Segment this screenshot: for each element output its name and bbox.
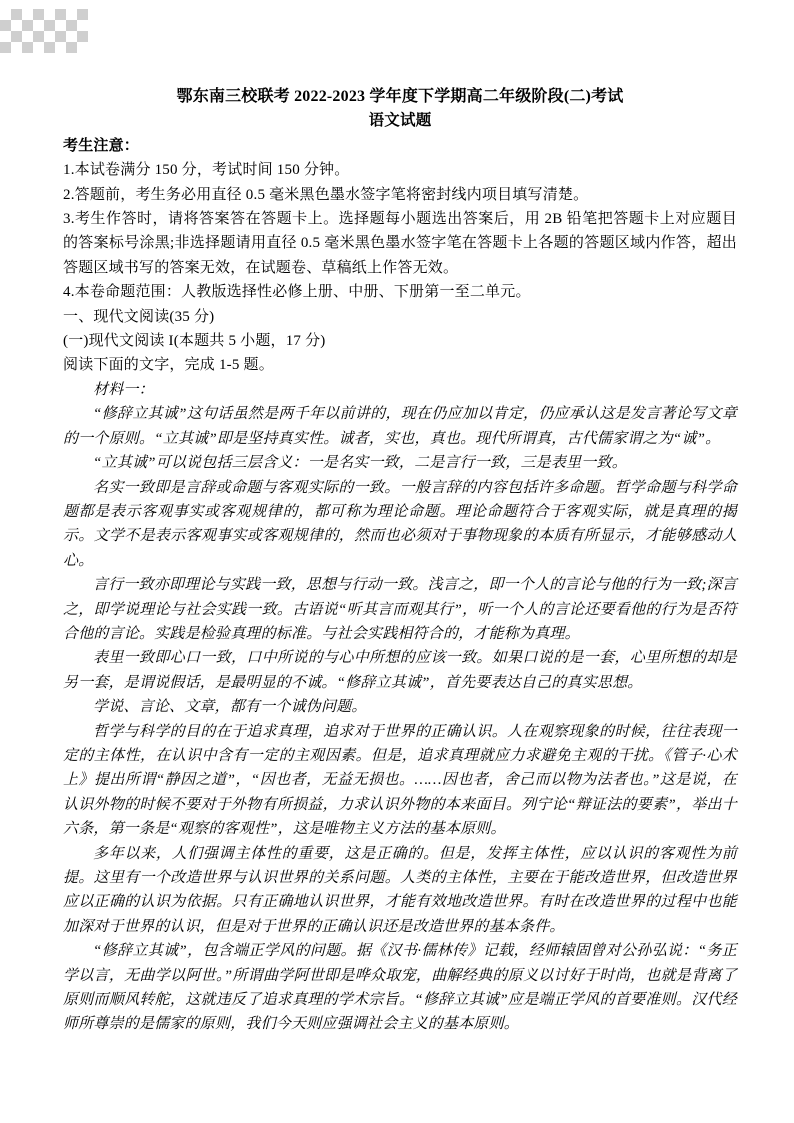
notice-heading: 考生注意：: [63, 134, 737, 158]
subsection-heading-reading-1: (一)现代文阅读 I(本题共 5 小题，17 分): [63, 329, 737, 353]
reading-instruction: 阅读下面的文字，完成 1-5 题。: [63, 353, 737, 377]
passage-paragraph-8: 多年以来，人们强调主体性的重要，这是正确的。但是，发挥主体性，应以认识的客观性为…: [63, 842, 737, 940]
passage-paragraph-7: 哲学与科学的目的在于追求真理，追求对于世界的正确认识。人在观察现象的时候，往往表…: [63, 720, 737, 842]
exam-paper-page: 鄂东南三校联考 2022-2023 学年度下学期高二年级阶段(二)考试 语文试题…: [0, 0, 794, 1123]
material-one-label: 材料一：: [63, 378, 737, 402]
exam-title: 鄂东南三校联考 2022-2023 学年度下学期高二年级阶段(二)考试: [63, 85, 737, 109]
passage-paragraph-5: 表里一致即心口一致，口中所说的与心中所想的应该一致。如果口说的是一套，心里所想的…: [63, 646, 737, 695]
notice-item-1: 1.本试卷满分 150 分，考试时间 150 分钟。: [63, 158, 737, 182]
exam-subject-title: 语文试题: [63, 109, 737, 133]
passage-paragraph-6: 学说、言论、文章，都有一个诚伪问题。: [63, 695, 737, 719]
passage-paragraph-1: “修辞立其诚”这句话虽然是两千年以前讲的，现在仍应加以肯定，仍应承认这是发言著论…: [63, 402, 737, 451]
notice-item-2: 2.答题前，考生务必用直径 0.5 毫米黑色墨水签字笔将密封线内项目填写清楚。: [63, 183, 737, 207]
passage-paragraph-3: 名实一致即是言辞或命题与客观实际的一致。一般言辞的内容包括许多命题。哲学命题与科…: [63, 476, 737, 574]
section-heading-modern-reading: 一、现代文阅读(35 分): [63, 305, 737, 329]
notice-item-3: 3.考生作答时，请将答案答在答题卡上。选择题每小题选出答案后，用 2B 铅笔把答…: [63, 207, 737, 280]
notice-item-4: 4.本卷命题范围：人教版选择性必修上册、中册、下册第一至二单元。: [63, 280, 737, 304]
candidate-notice-section: 考生注意： 1.本试卷满分 150 分，考试时间 150 分钟。 2.答题前，考…: [63, 134, 737, 305]
passage-paragraph-2: “立其诚”可以说包括三层含义：一是名实一致，二是言行一致，三是表里一致。: [63, 451, 737, 475]
passage-paragraph-9: “修辞立其诚”，包含端正学风的问题。据《汉书·儒林传》记载，经师辕固曾对公孙弘说…: [63, 939, 737, 1037]
passage-paragraph-4: 言行一致亦即理论与实践一致，思想与行动一致。浅言之，即一个人的言论与他的行为一致…: [63, 573, 737, 646]
document-content: 鄂东南三校联考 2022-2023 学年度下学期高二年级阶段(二)考试 语文试题…: [0, 0, 794, 1037]
